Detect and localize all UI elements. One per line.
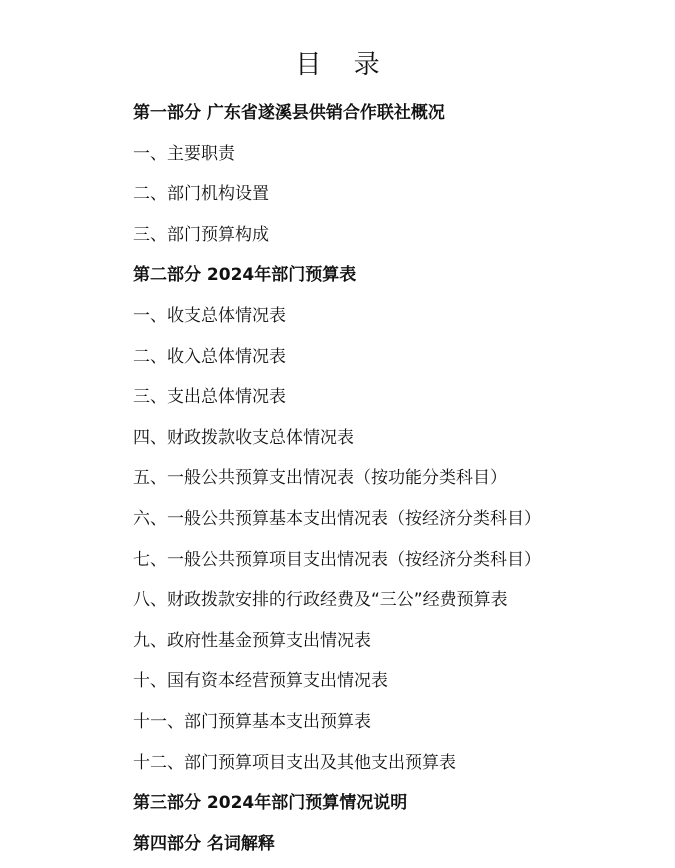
toc-item[interactable]: 三、部门预算构成: [133, 223, 541, 264]
toc-item[interactable]: 九、政府性基金预算支出情况表: [133, 629, 541, 670]
toc-item[interactable]: 十二、部门预算项目支出及其他支出预算表: [133, 751, 541, 792]
toc-item[interactable]: 五、一般公共预算支出情况表（按功能分类科目）: [133, 466, 541, 507]
toc-item[interactable]: 八、财政拨款安排的行政经费及“三公”经费预算表: [133, 588, 541, 629]
toc-item[interactable]: 二、部门机构设置: [133, 182, 541, 223]
toc-item[interactable]: 三、支出总体情况表: [133, 385, 541, 426]
table-of-contents: 第一部分 广东省遂溪县供销合作联社概况 一、主要职责 二、部门机构设置 三、部门…: [133, 101, 541, 868]
toc-item[interactable]: 一、收支总体情况表: [133, 304, 541, 345]
toc-item[interactable]: 一、主要职责: [133, 142, 541, 183]
toc-item[interactable]: 六、一般公共预算基本支出情况表（按经济分类科目）: [133, 507, 541, 548]
toc-item[interactable]: 十一、部门预算基本支出预算表: [133, 710, 541, 751]
toc-item[interactable]: 十、国有资本经营预算支出情况表: [133, 669, 541, 710]
toc-item[interactable]: 二、收入总体情况表: [133, 345, 541, 386]
toc-item[interactable]: 七、一般公共预算项目支出情况表（按经济分类科目）: [133, 548, 541, 589]
toc-part-2[interactable]: 第二部分 2024年部门预算表: [133, 263, 541, 304]
toc-part-3[interactable]: 第三部分 2024年部门预算情况说明: [133, 791, 541, 832]
toc-part-1[interactable]: 第一部分 广东省遂溪县供销合作联社概况: [133, 101, 541, 142]
toc-part-4[interactable]: 第四部分 名词解释: [133, 832, 541, 868]
toc-item[interactable]: 四、财政拨款收支总体情况表: [133, 426, 541, 467]
page-title: 目 录: [0, 44, 675, 81]
